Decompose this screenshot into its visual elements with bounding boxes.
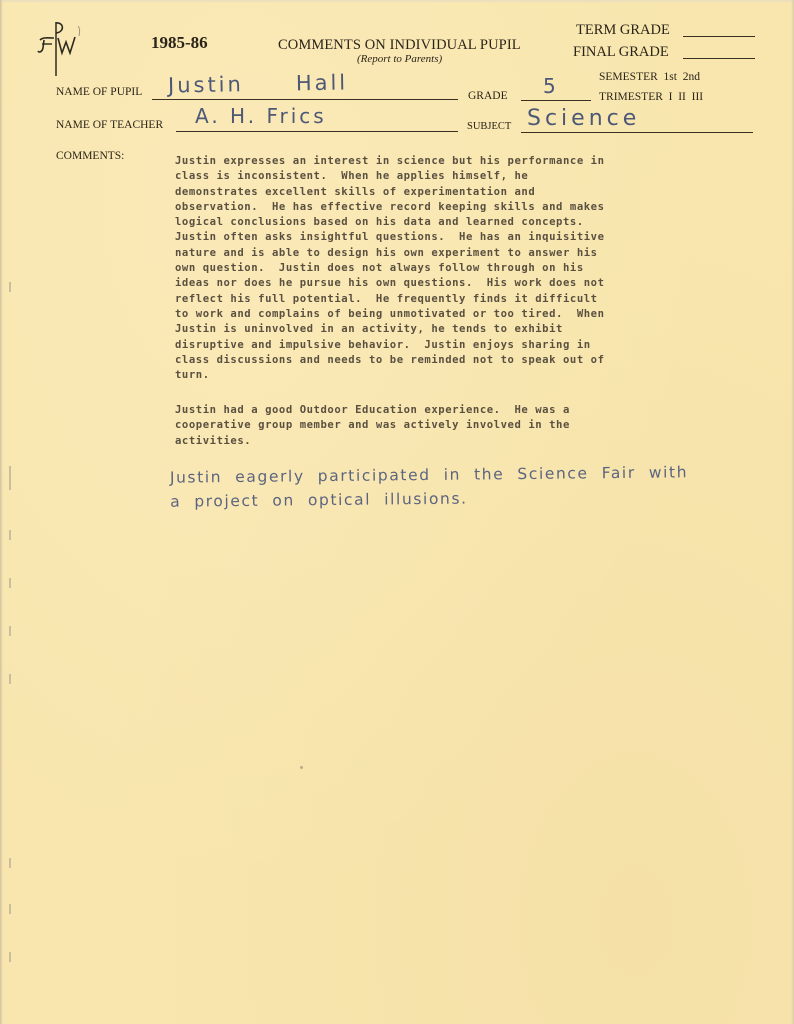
margin-mark [9, 530, 11, 540]
term-grade-label: TERM GRADE [576, 22, 670, 39]
subject-value[interactable]: Science [527, 106, 640, 131]
comments-paragraph-1: Justin expresses an interest in science … [175, 154, 605, 383]
comment-line: own question. Justin does not always fol… [175, 261, 605, 276]
page-edge-left [0, 0, 3, 1024]
comment-line: class discussions and needs to be remind… [175, 353, 605, 368]
subject-line [521, 132, 753, 133]
paper-speck [300, 766, 303, 769]
pupil-name-value[interactable]: JustinHall [168, 70, 349, 97]
margin-mark [9, 466, 11, 490]
pupil-name-label: NAME OF PUPIL [56, 86, 142, 98]
grade-label: GRADE [468, 90, 508, 102]
comments-label: COMMENTS: [56, 150, 124, 162]
margin-mark [9, 626, 11, 636]
subject-label: SUBJECT [467, 121, 511, 132]
margin-mark [9, 858, 11, 868]
pupil-name-line [152, 99, 458, 100]
margin-mark [9, 578, 11, 588]
grade-line [521, 100, 591, 101]
comment-line: to work and complains of being unmotivat… [175, 307, 605, 322]
pupil-first-name: Justin [168, 72, 244, 97]
comment-line: Justin often asks insightful questions. … [175, 230, 605, 245]
school-logo [34, 18, 94, 80]
comment-line: demonstrates excellent skills of experim… [175, 185, 605, 200]
pupil-last-name: Hall [296, 70, 349, 95]
grade-value[interactable]: 5 [543, 74, 556, 98]
handwritten-note: Justin eagerly participated in the Scien… [170, 460, 689, 513]
comment-line: ideas nor does he pursue his own questio… [175, 276, 605, 291]
page-edge-top [0, 0, 794, 3]
margin-mark [9, 904, 11, 914]
trimester-options: TRIMESTER I II III [599, 91, 703, 103]
comment-line: turn. [175, 368, 605, 383]
form-title: COMMENTS ON INDIVIDUAL PUPIL [278, 37, 521, 54]
comments-paragraph-2: Justin had a good Outdoor Education expe… [175, 403, 570, 449]
semester-options: SEMESTER 1st 2nd [599, 71, 700, 83]
margin-mark [9, 952, 11, 962]
comment-line: cooperative group member and was activel… [175, 418, 570, 433]
margin-mark [9, 282, 11, 292]
comment-line: Justin expresses an interest in science … [175, 154, 605, 169]
comment-line: Justin had a good Outdoor Education expe… [175, 403, 570, 418]
form-subtitle: (Report to Parents) [357, 53, 442, 65]
teacher-name-value[interactable]: A. H. Frics [195, 104, 327, 128]
final-grade-label: FINAL GRADE [573, 44, 669, 61]
comment-line: reflect his full potential. He frequentl… [175, 292, 605, 307]
comment-line: Justin is uninvolved in an activity, he … [175, 322, 605, 337]
school-year: 1985-86 [151, 33, 208, 53]
comment-line: nature and is able to design his own exp… [175, 246, 605, 261]
final-grade-field[interactable] [683, 58, 755, 59]
teacher-name-label: NAME OF TEACHER [56, 119, 163, 131]
teacher-name-line [176, 131, 458, 132]
margin-mark [9, 674, 11, 684]
fwp-monogram-icon [34, 18, 94, 80]
comment-line: activities. [175, 434, 570, 449]
comment-line: disruptive and impulsive behavior. Justi… [175, 338, 605, 353]
comment-line: class is inconsistent. When he applies h… [175, 169, 605, 184]
term-grade-field[interactable] [683, 36, 755, 37]
comment-line: logical conclusions based on his data an… [175, 215, 605, 230]
comment-line: observation. He has effective record kee… [175, 200, 605, 215]
